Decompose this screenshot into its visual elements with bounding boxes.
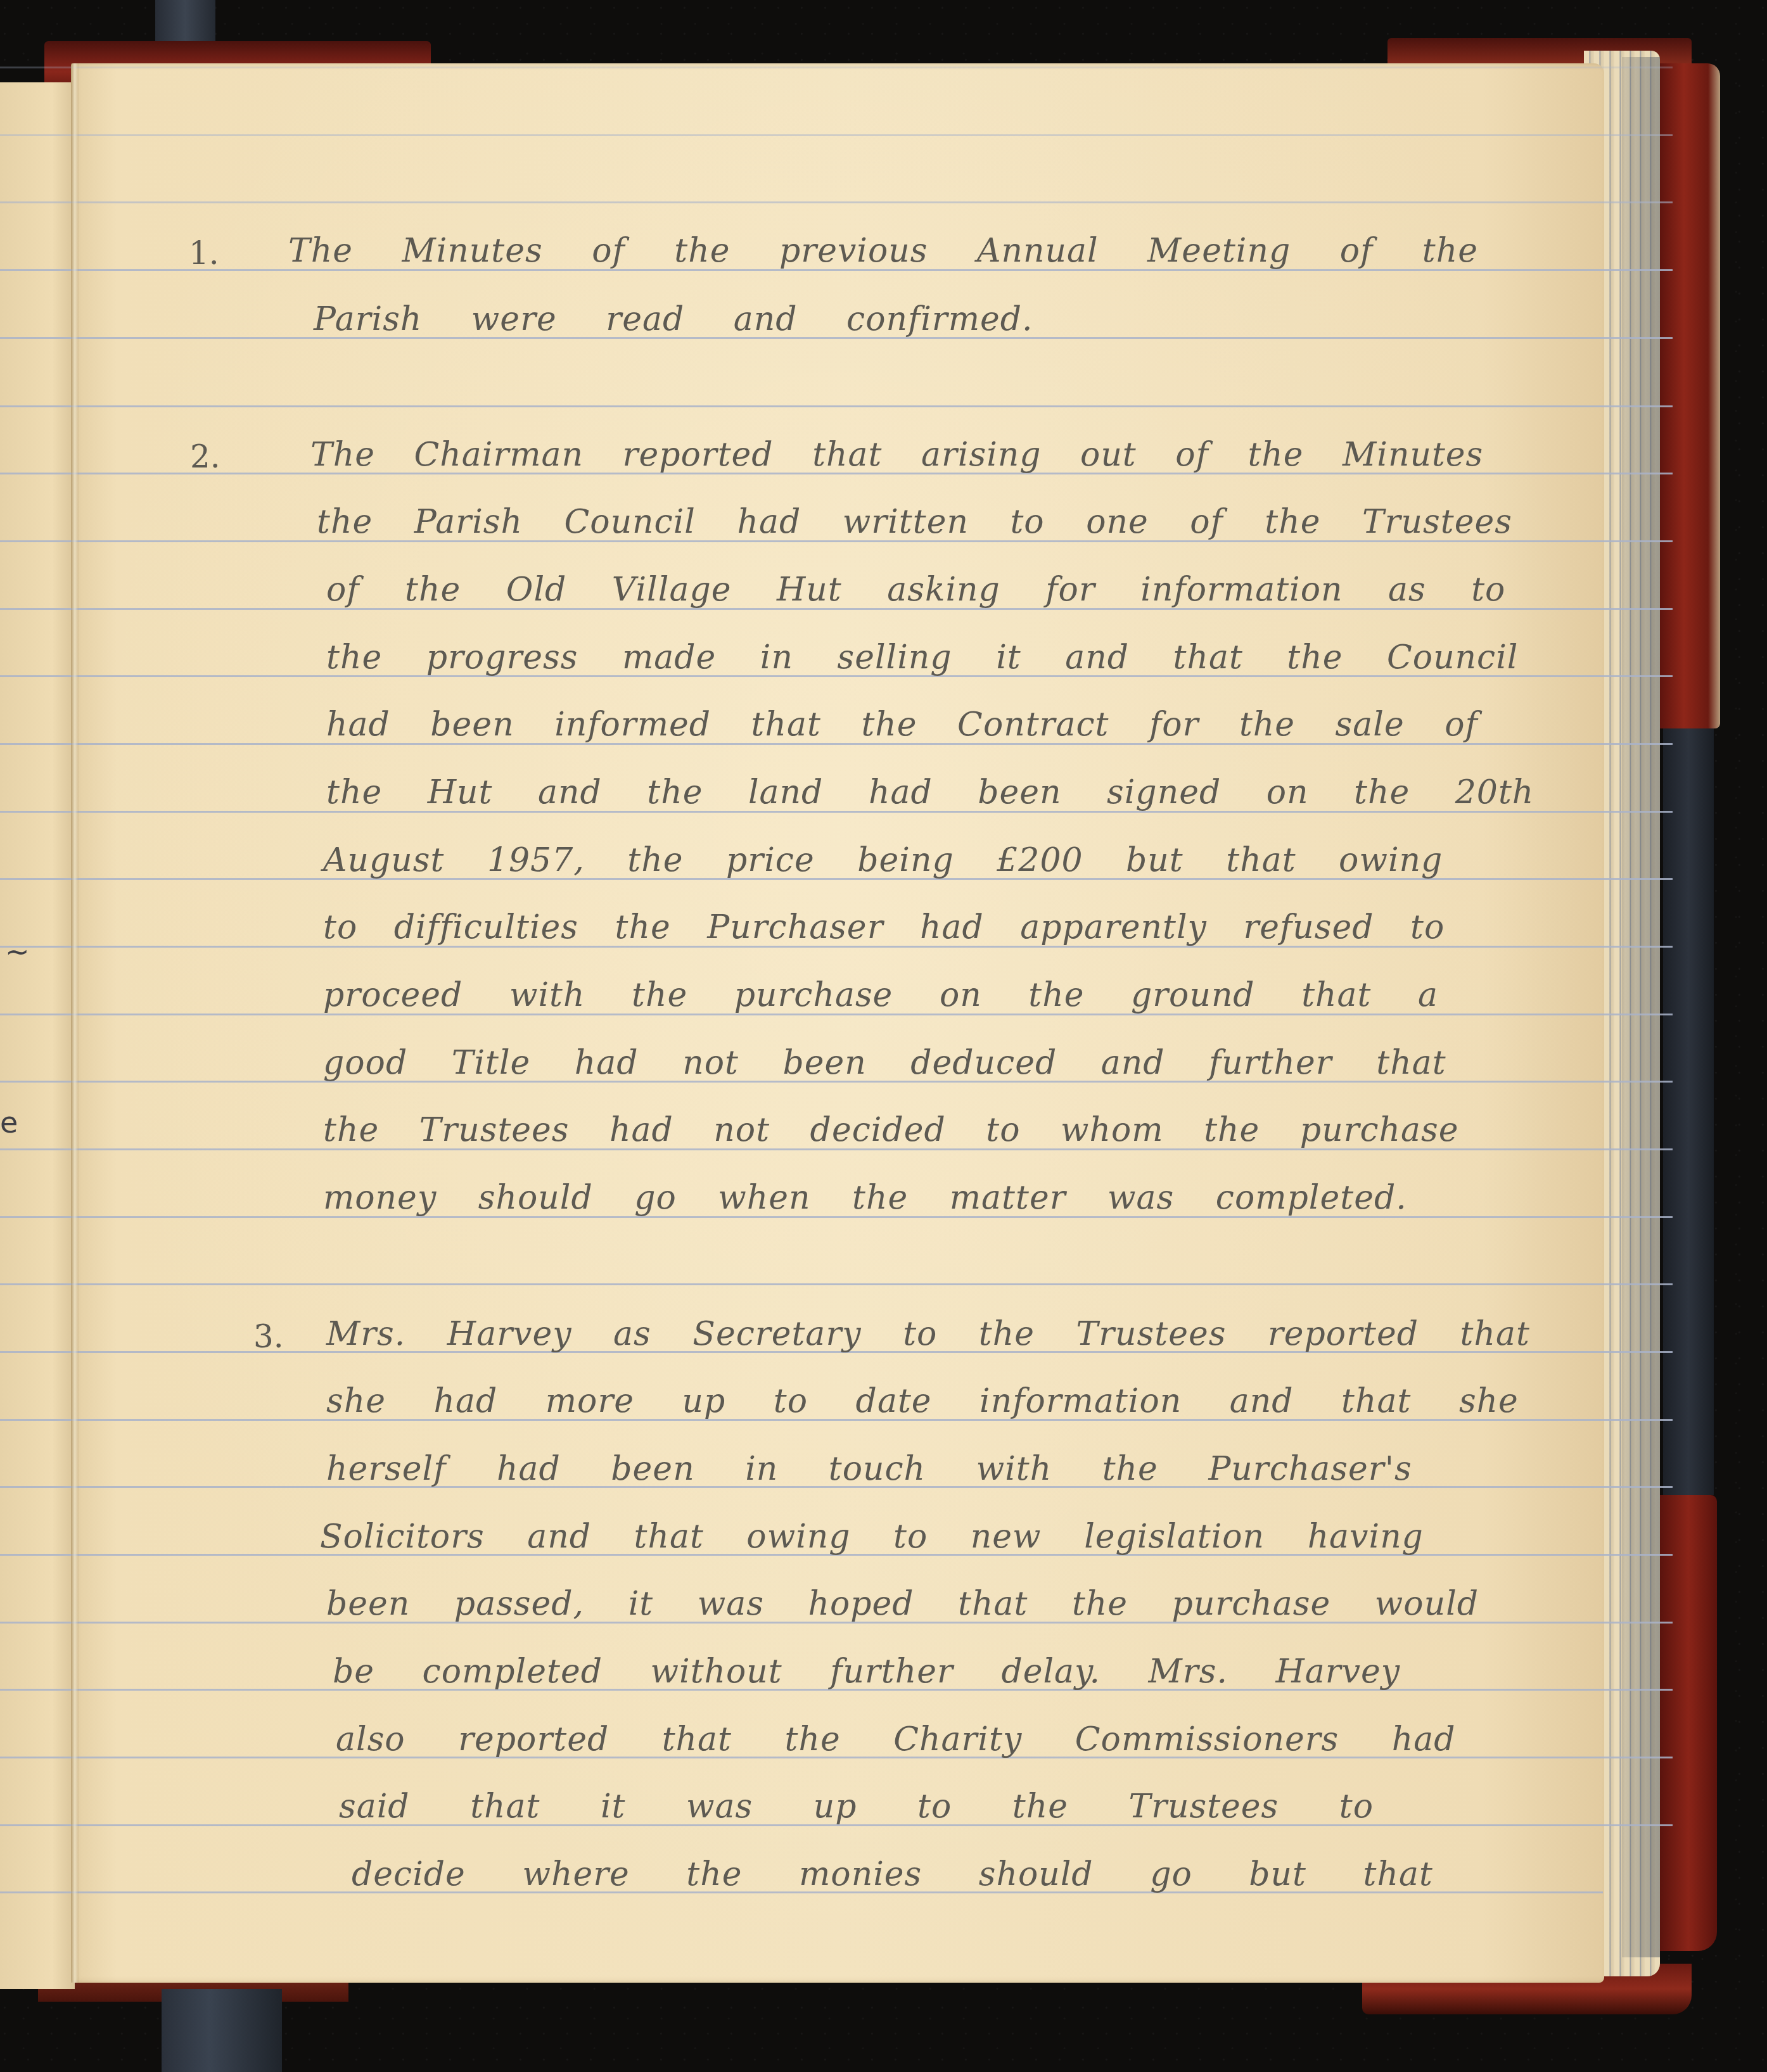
- handwritten-line: money should go when the matter was comp…: [323, 1181, 1407, 1214]
- handwritten-line: to difficulties the Purchaser had appare…: [323, 911, 1445, 944]
- handwritten-line: herself had been in touch with the Purch…: [326, 1452, 1412, 1485]
- handwritten-line: The Chairman reported that arising out o…: [310, 438, 1483, 471]
- cover-cloth-right: [1663, 728, 1714, 1495]
- handwritten-line: Solicitors and that owing to new legisla…: [320, 1520, 1424, 1553]
- handwritten-line: also reported that the Charity Commissio…: [336, 1723, 1456, 1756]
- item-number: 2.: [190, 441, 220, 473]
- handwritten-line: of the Old Village Hut asking for inform…: [326, 573, 1505, 606]
- handwritten-line: she had more up to date information and …: [326, 1385, 1519, 1418]
- left-facing-page: ~ e: [0, 82, 75, 1989]
- handwritten-line: had been informed that the Contract for …: [326, 708, 1478, 741]
- handwritten-line: August 1957, the price being £200 but th…: [323, 844, 1443, 877]
- handwritten-line: good Title had not been deduced and furt…: [323, 1046, 1446, 1079]
- handwritten-line: decide where the monies should go but th…: [352, 1858, 1433, 1891]
- notebook-page: [71, 63, 1604, 1983]
- page-stack-shadow: [1622, 57, 1660, 1957]
- handwritten-line: proceed with the purchase on the ground …: [323, 979, 1438, 1012]
- bookmark-ribbon-bottom: [162, 1989, 282, 2072]
- item-number: 3.: [253, 1321, 284, 1352]
- facing-page-mark: ~: [5, 934, 30, 969]
- handwritten-line: the progress made in selling it and that…: [326, 641, 1519, 674]
- handwritten-line: said that it was up to the Trustees to: [339, 1790, 1374, 1823]
- handwritten-line: The Minutes of the previous Annual Meeti…: [288, 234, 1478, 267]
- handwritten-line: been passed, it was hoped that the purch…: [326, 1587, 1479, 1620]
- handwritten-line: the Trustees had not decided to whom the…: [323, 1114, 1459, 1147]
- handwritten-line: the Hut and the land had been signed on …: [326, 776, 1534, 809]
- handwritten-line: be completed without further delay. Mrs.…: [333, 1655, 1400, 1688]
- page-gutter-fold: [71, 63, 79, 1983]
- handwritten-line: the Parish Council had written to one of…: [317, 505, 1512, 538]
- cover-edge-right-leather: [1660, 63, 1720, 728]
- handwritten-line: Mrs. Harvey as Secretary to the Trustees…: [326, 1318, 1530, 1351]
- facing-page-mark: e: [0, 1105, 18, 1140]
- item-number: 1.: [189, 238, 219, 269]
- handwritten-line: Parish were read and confirmed.: [314, 303, 1033, 336]
- cover-edge-right-lower: [1660, 1495, 1717, 1951]
